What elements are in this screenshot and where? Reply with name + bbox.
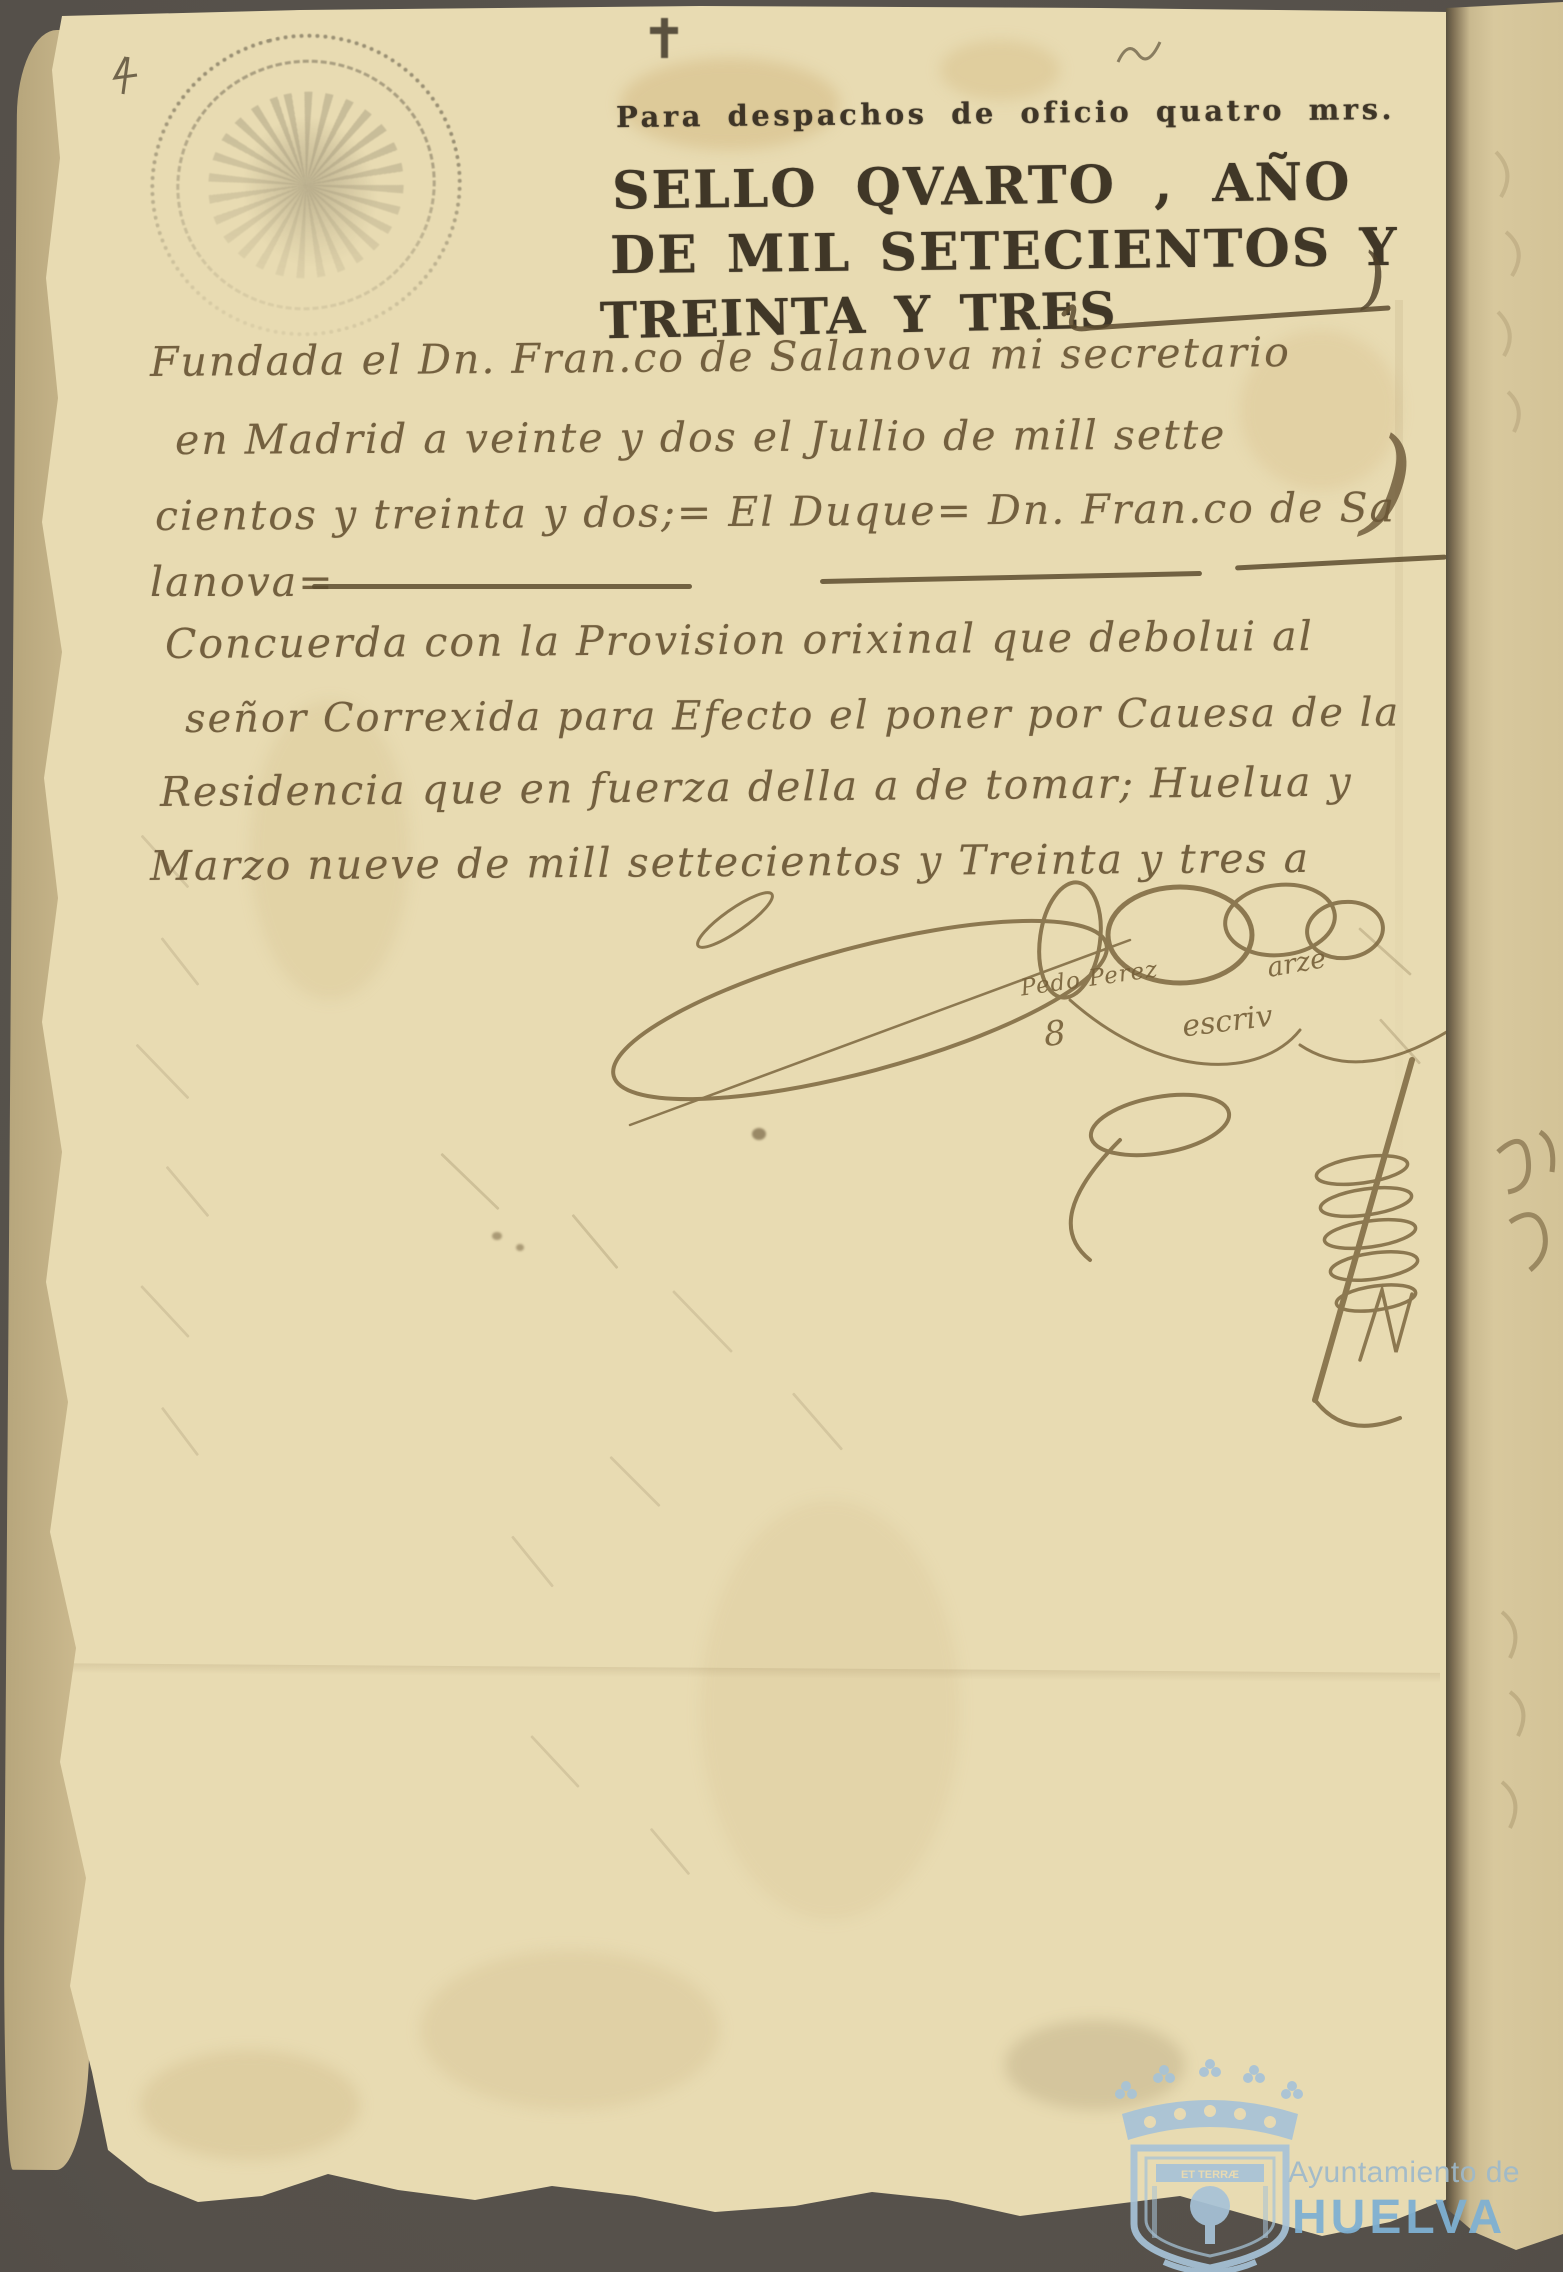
- paper-stain: [940, 40, 1060, 100]
- bleed-marks-right: [1486, 142, 1556, 442]
- huelva-crest-watermark: ET TERRÆ: [1112, 2056, 1308, 2272]
- signature-mark: 8: [1042, 1013, 1067, 1055]
- manuscript-line: en Madrid a veinte y dos el Jullio de mi…: [175, 410, 1227, 464]
- ink-stamp-seal: [118, 1, 494, 370]
- manuscript-line: lanova=: [150, 558, 335, 606]
- manuscript-line: Concuerda con la Provision orixinal que …: [165, 612, 1314, 668]
- pen-dash: [820, 571, 1202, 584]
- pen-dash: [312, 584, 692, 589]
- document-scan: Para despachos de oficio quatro mrs. SEL…: [0, 0, 1563, 2272]
- ink-speck: [516, 1244, 524, 1251]
- paper-stain: [700, 1500, 960, 1920]
- margin-pen-mark: [1114, 34, 1164, 70]
- manuscript-line: Fundada el Dn. Fran.co de Salanova mi se…: [150, 328, 1291, 386]
- paper-stain: [140, 2050, 360, 2160]
- watermark-org-text: Ayuntamiento de: [1288, 2156, 1520, 2190]
- signature-rubric-flourish: [600, 880, 1460, 1440]
- cross-pattee-icon: [646, 18, 682, 62]
- manuscript-page: Para despachos de oficio quatro mrs. SEL…: [0, 0, 1563, 2272]
- bleed-marks-right: [1492, 1602, 1558, 1862]
- adjacent-page-edge: [1446, 2, 1563, 2270]
- ink-speck: [492, 1232, 502, 1240]
- watermark-motto: ET TERRÆ: [1181, 2169, 1239, 2181]
- manuscript-line: Residencia que en fuerza della a de toma…: [160, 758, 1353, 816]
- pen-dash: [1235, 554, 1447, 570]
- handwriting-edge-marks: [1490, 1122, 1563, 1302]
- manuscript-line: señor Correxida para Efecto el poner por…: [185, 690, 1401, 742]
- watermark-city-text: HUELVA: [1292, 2190, 1506, 2245]
- margin-pen-mark: [110, 54, 144, 98]
- stamp-fee-line: Para despachos de oficio quatro mrs.: [616, 92, 1395, 134]
- seal-title-line1: SELLO QVARTO , AÑO: [612, 151, 1352, 221]
- paper-stain: [420, 1950, 720, 2110]
- manuscript-line: cientos y treinta y dos;= El Duque= Dn. …: [155, 483, 1396, 540]
- seal-title-line2: DE MIL SETECIENTOS Y: [610, 217, 1399, 286]
